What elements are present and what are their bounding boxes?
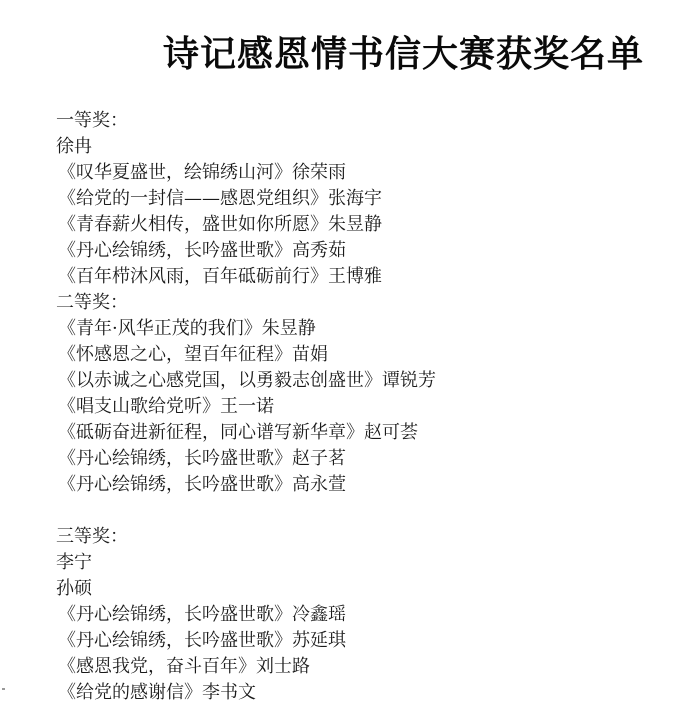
list-item: 《给党的一封信——感恩党组织》张海宇 [56, 186, 436, 212]
section-heading-first: 一等奖： [56, 108, 436, 134]
list-item: 《百年栉沐风雨，百年砥砺前行》王博雅 [56, 264, 436, 290]
list-item: 《丹心绘锦绣，长吟盛世歌》高永萱 [56, 472, 436, 498]
award-list: 一等奖： 徐冉 《叹华夏盛世，绘锦绣山河》徐荣雨 《给党的一封信——感恩党组织》… [56, 108, 436, 706]
list-item: 徐冉 [56, 134, 436, 160]
list-item: 《怀感恩之心，望百年征程》苗娟 [56, 342, 436, 368]
list-item: 《丹心绘锦绣，长吟盛世歌》冷鑫瑶 [56, 602, 436, 628]
list-item: 《叹华夏盛世，绘锦绣山河》徐荣雨 [56, 160, 436, 186]
list-item: 《感恩我党，奋斗百年》刘士路 [56, 654, 436, 680]
blank-line [56, 498, 436, 524]
list-item: 《给党的感谢信》李书文 [56, 680, 436, 706]
list-item: 孙硕 [56, 576, 436, 602]
section-heading-third: 三等奖： [56, 524, 436, 550]
list-item: 《砥砺奋进新征程，同心谱写新华章》赵可荟 [56, 420, 436, 446]
section-heading-second: 二等奖： [56, 290, 436, 316]
document-title: 诗记感恩情书信大赛获奖名单 [163, 26, 644, 77]
list-item: 《青春薪火相传，盛世如你所愿》朱昱静 [56, 212, 436, 238]
page-edge-mark [2, 688, 5, 690]
list-item: 《青年·风华正茂的我们》朱昱静 [56, 316, 436, 342]
list-item: 《丹心绘锦绣，长吟盛世歌》赵子茗 [56, 446, 436, 472]
list-item: 李宁 [56, 550, 436, 576]
list-item: 《以赤诚之心感党国，以勇毅志创盛世》谭锐芳 [56, 368, 436, 394]
list-item: 《唱支山歌给党听》王一诺 [56, 394, 436, 420]
list-item: 《丹心绘锦绣，长吟盛世歌》高秀茹 [56, 238, 436, 264]
list-item: 《丹心绘锦绣，长吟盛世歌》苏延琪 [56, 628, 436, 654]
